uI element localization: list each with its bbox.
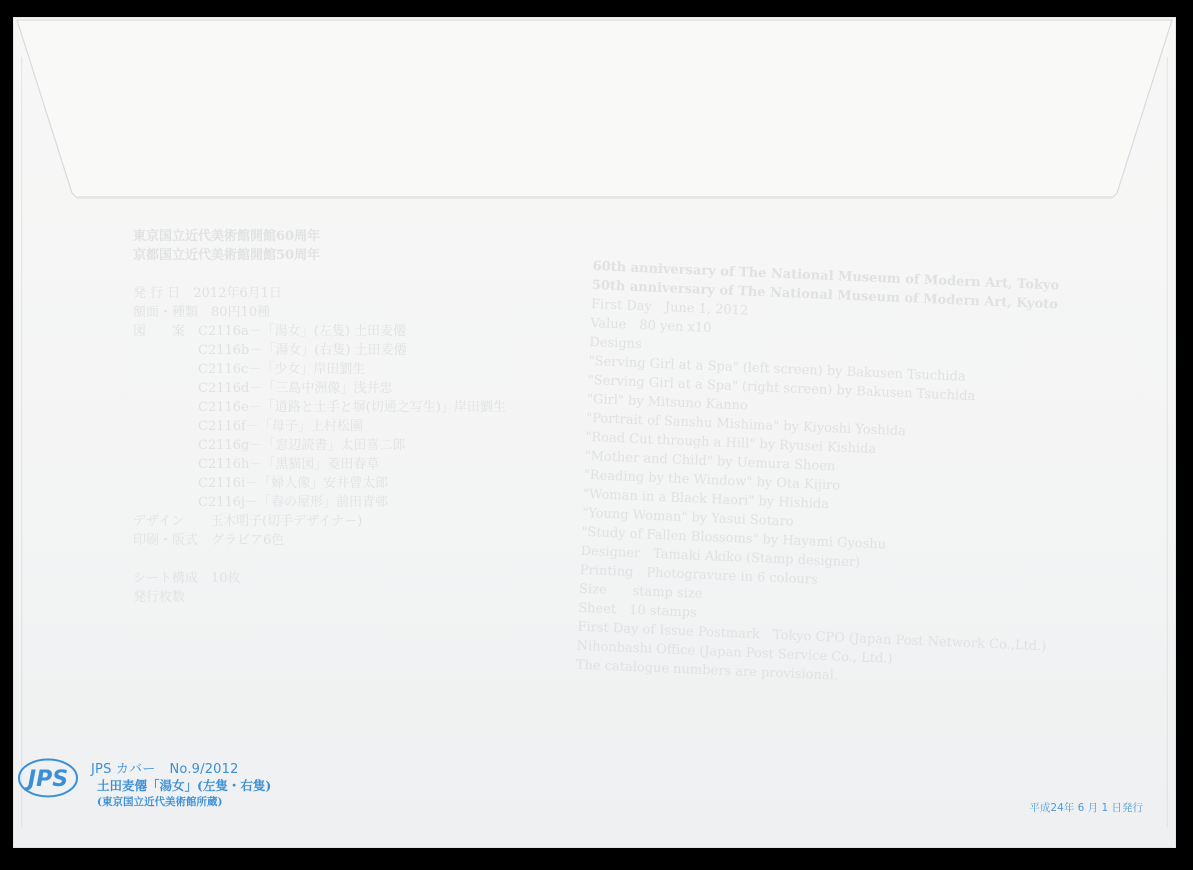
- jps-logo-icon: JPS: [17, 757, 79, 799]
- show-through-line: シート構成 10枚: [133, 569, 506, 588]
- show-through-line: [133, 550, 506, 569]
- issue-date: 平成24年 6 月 1 日発行: [1029, 800, 1143, 815]
- show-through-line: [133, 265, 506, 284]
- show-through-line: 額面・種類 80円10種: [133, 303, 506, 322]
- show-through-line: 京都国立近代美術館開館50周年: [133, 246, 506, 265]
- show-through-line: C2116g－「窓辺読書」太田喜二郎: [133, 436, 506, 455]
- cover-artwork-title: 土田麦僊「湯女」(左隻・右隻): [97, 776, 271, 794]
- series-label: JPS カバー: [91, 762, 155, 777]
- show-through-line: C2116c－「少女」岸田劉生: [133, 360, 506, 379]
- show-through-line: 印刷・版式 グラビア6色: [133, 531, 506, 550]
- cover-series-number: JPS カバーNo.9/2012: [91, 758, 239, 777]
- insert-show-through-english: 60th anniversary of The National Museum …: [575, 257, 1061, 694]
- cover-number: No.9/2012: [169, 762, 238, 777]
- show-through-line: C2116d－「三島中洲像」浅井忠: [133, 379, 506, 398]
- show-through-line: 図 案 C2116a－「湯女」(左隻) 土田麦僊: [133, 322, 506, 341]
- show-through-line: デザイン 玉木明子(切手デザイナー): [133, 512, 506, 531]
- svg-text:JPS: JPS: [24, 767, 68, 792]
- envelope-seam-left: [21, 57, 23, 827]
- insert-show-through-japanese: 東京国立近代美術館開館60周年京都国立近代美術館開館50周年 発 行 日 201…: [133, 227, 506, 607]
- show-through-line: 発行枚数: [133, 588, 506, 607]
- show-through-line: C2116f－「母子」上村松園: [133, 417, 506, 436]
- show-through-line: 発 行 日 2012年6月1日: [133, 284, 506, 303]
- envelope-back: 東京国立近代美術館開館60周年京都国立近代美術館開館50周年 発 行 日 201…: [13, 17, 1176, 848]
- show-through-line: C2116j－「春の屋形」前田青邨: [133, 493, 506, 512]
- show-through-line: C2116b－「湯女」(右隻) 土田麦僊: [133, 341, 506, 360]
- show-through-line: C2116h－「黒猫図」菱田春草: [133, 455, 506, 474]
- envelope-seam-right: [1166, 57, 1168, 827]
- show-through-line: C2116i－「婦人像」安井曾太郎: [133, 474, 506, 493]
- envelope-flap: [13, 17, 1176, 207]
- cover-collection: (東京国立近代美術館所蔵): [97, 794, 222, 809]
- show-through-line: 東京国立近代美術館開館60周年: [133, 227, 506, 246]
- show-through-line: C2116e－「道路と土手と塀(切通之写生)」岸田劉生: [133, 398, 506, 417]
